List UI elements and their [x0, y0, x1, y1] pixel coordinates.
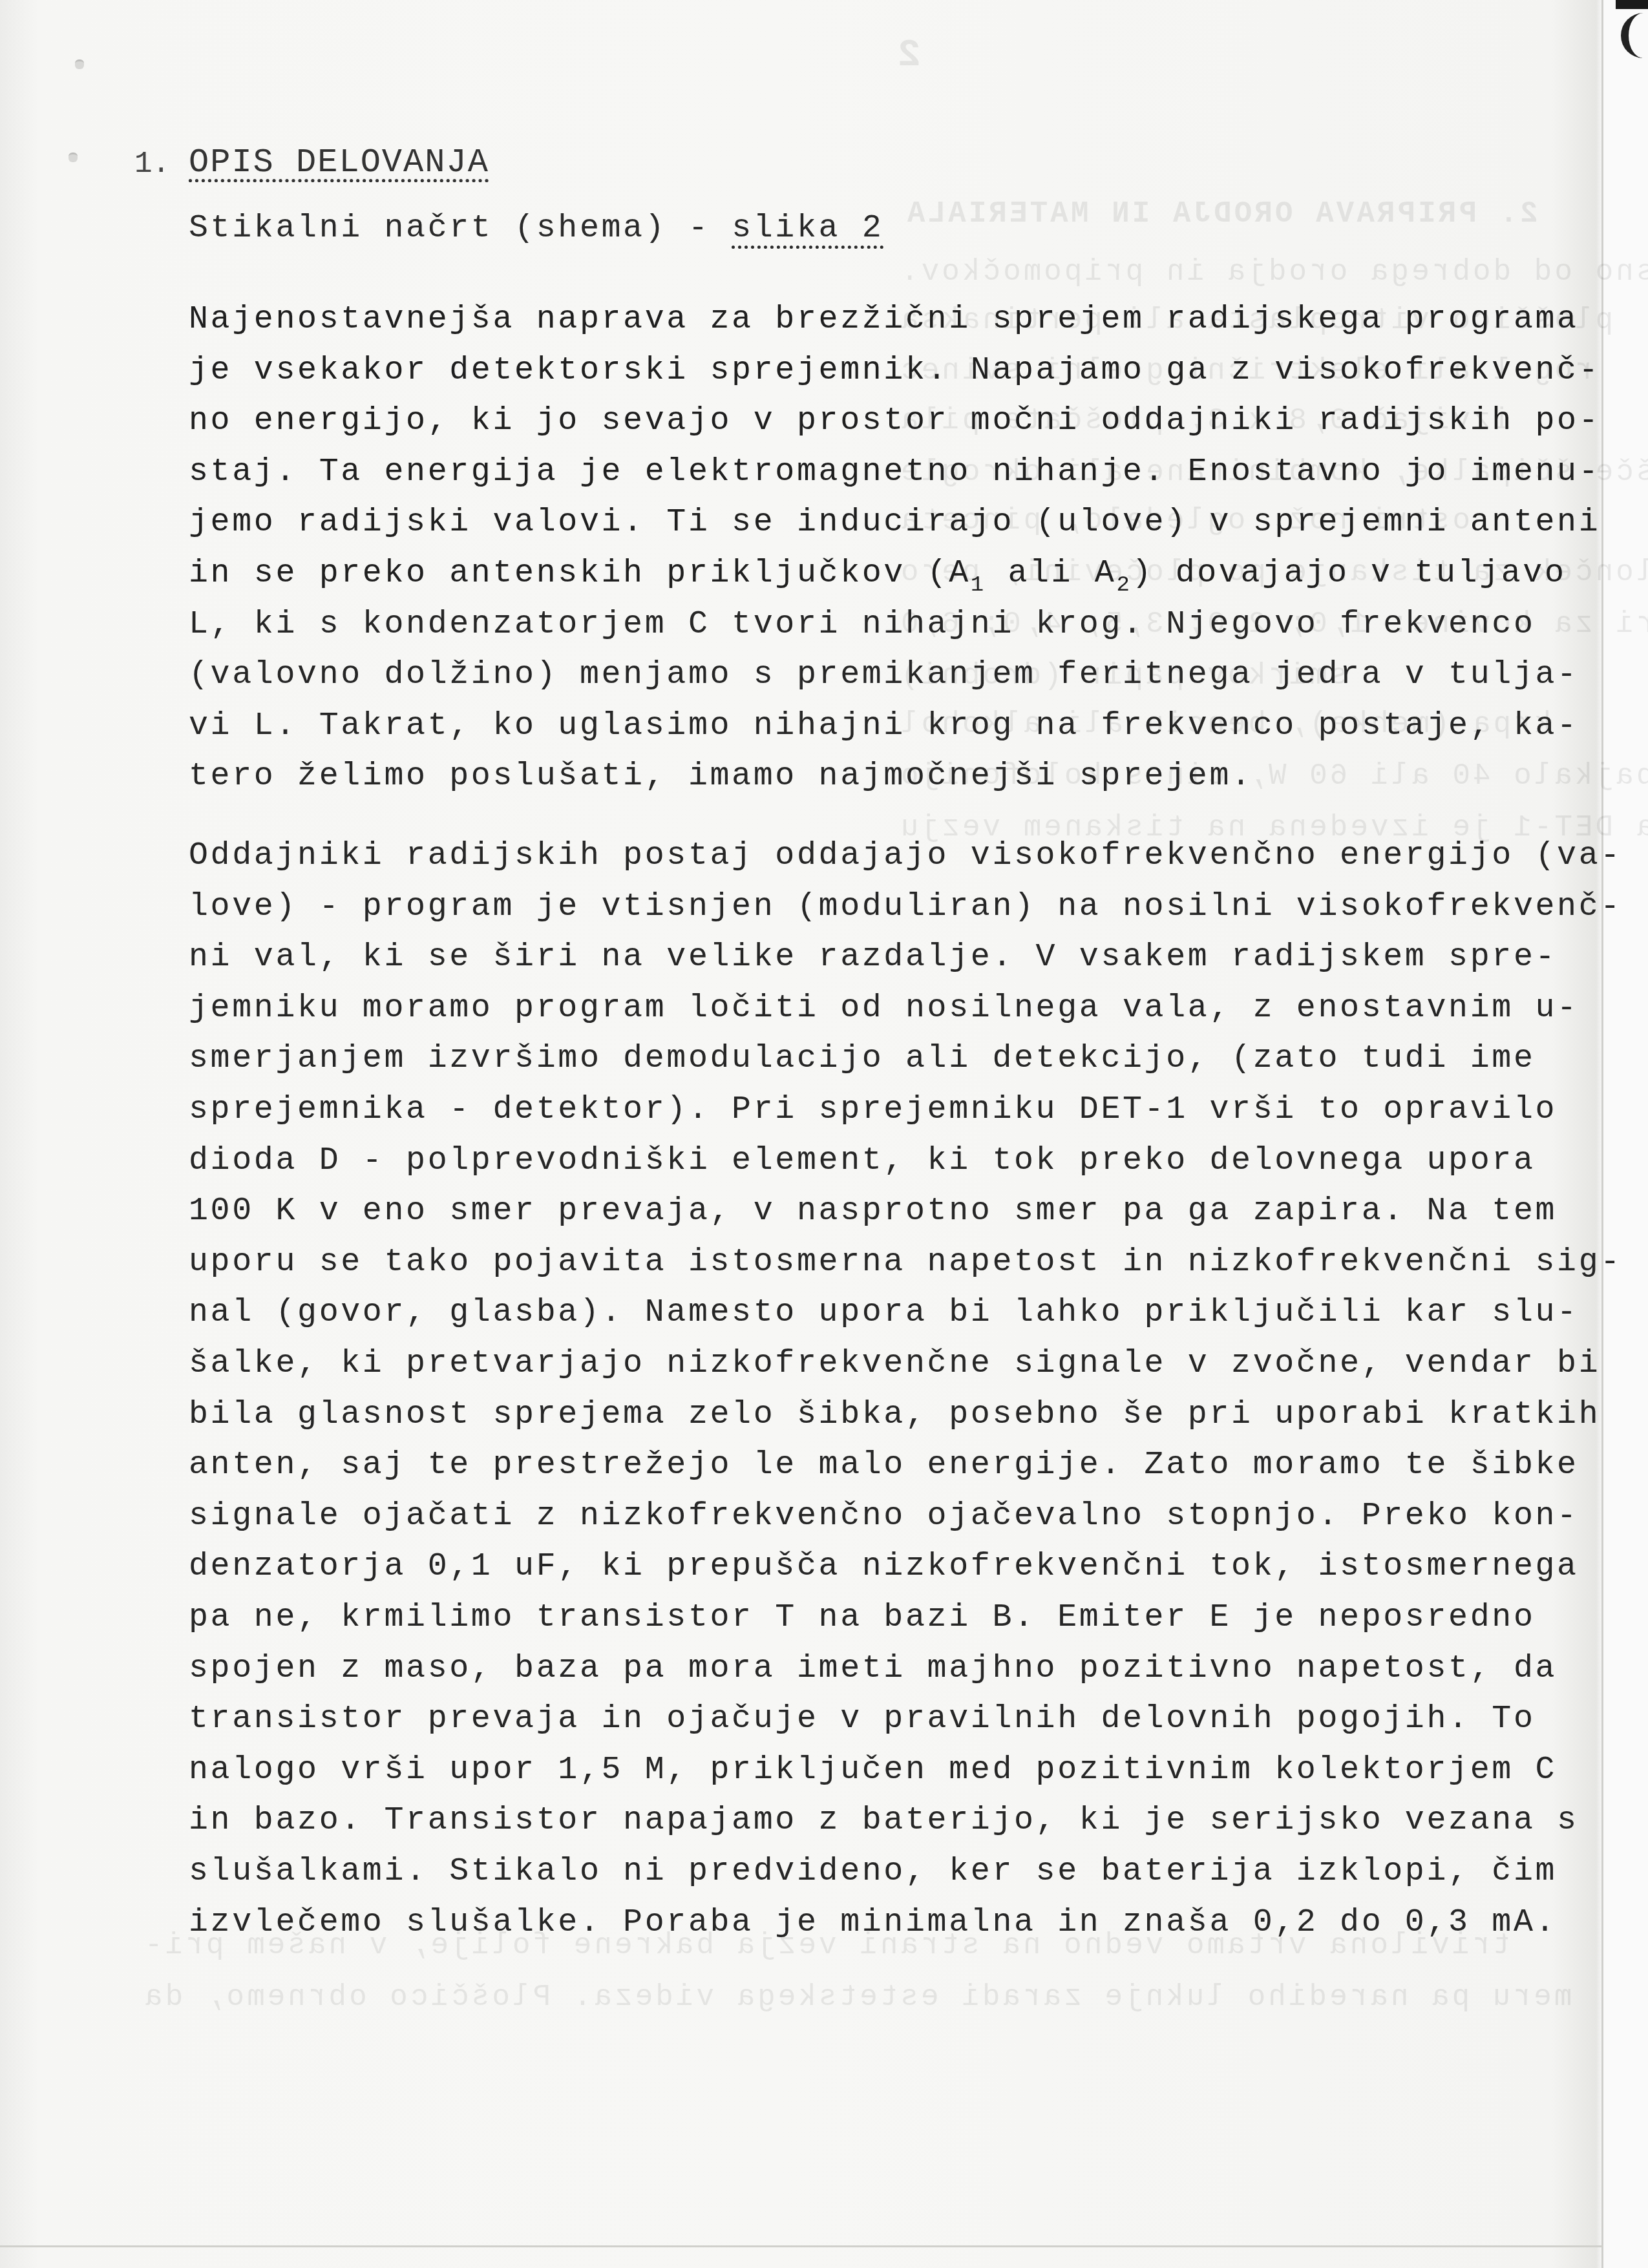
text-line: Najenostavnejša naprava za brezžični spr… [189, 304, 1579, 336]
text-segment: in se preko antenskih priključkov (A [189, 555, 971, 592]
text-line: Oddajniki radijskih postaj oddajajo viso… [189, 840, 1622, 872]
text-line: ni val, ki se širi na velike razdalje. V… [189, 941, 1557, 974]
text-line: spojen z maso, baza pa mora imeti majhno… [189, 1653, 1557, 1685]
subtitle: Stikalni načrt (shema) - slika 2 [189, 210, 883, 247]
text-line: love) - program je vtisnjen (moduliran) … [189, 891, 1622, 923]
text-line: uporu se tako pojavita istosmerna napeto… [189, 1246, 1622, 1279]
text-line: jemniku moramo program ločiti od nosilne… [189, 992, 1579, 1025]
text-line: nalogo vrši upor 1,5 M, priključen med p… [189, 1754, 1557, 1787]
text-line: pa ne, krmilimo transistor T na bazi B. … [189, 1602, 1536, 1634]
text-line: (valovno dolžino) menjamo s premikanjem … [189, 659, 1579, 691]
text-line: staj. Ta energija je elektromagnetno nih… [189, 456, 1600, 488]
punch-hole-mark [69, 152, 78, 162]
text-line: smerjanjem izvršimo demodulacijo ali det… [189, 1043, 1536, 1075]
ghost-line: Usmerjradnje je vedno odvisno od dobrega… [898, 255, 1648, 289]
section-title: OPIS DELOVANJA [189, 143, 489, 182]
text-line: 100 K v eno smer prevaja, v nasprotno sm… [189, 1195, 1557, 1228]
text-line: denzatorja 0,1 uF, ki prepušča nizkofrek… [189, 1551, 1579, 1583]
text-line: in se preko antenskih priključkov (A1 al… [189, 558, 1567, 596]
text-line: anten, saj te prestrežejo le malo energi… [189, 1449, 1579, 1482]
punch-hole-mark [75, 59, 84, 69]
text-line: izvlečemo slušalke. Poraba je minimalna … [189, 1907, 1557, 1939]
text-line: jemo radijski valovi. Ti se inducirajo (… [189, 507, 1600, 539]
section-number: 1. [134, 147, 170, 181]
subtitle-text: Stikalni načrt (shema) - [189, 210, 732, 247]
ghost-heading: 2. PRIPRAVA ORODJA IN MATERIALA [905, 197, 1538, 231]
text-line: slušalkami. Stikalo ni predvideno, ker s… [189, 1856, 1557, 1888]
text-segment: ali A [986, 555, 1117, 592]
subscript: 1 [971, 573, 986, 598]
text-line: tero želimo poslušati, imamo najmočnejši… [189, 761, 1253, 793]
text-line: dioda D - polprevodniški element, ki tok… [189, 1145, 1536, 1177]
scan-corner-mark [1616, 0, 1648, 9]
text-segment: ) dovajajo v tuljavo [1132, 555, 1566, 592]
scan-edge [1601, 0, 1648, 2268]
text-line: no energijo, ki jo sevajo v prostor močn… [189, 405, 1600, 437]
text-line: in bazo. Transistor napajamo z baterijo,… [189, 1805, 1579, 1837]
text-line: sprejemnika - detektor). Pri sprejemniku… [189, 1094, 1557, 1126]
text-line: bila glasnost sprejema zelo šibka, poseb… [189, 1399, 1600, 1431]
figure-reference: slika 2 [732, 210, 883, 247]
text-line: signale ojačati z nizkofrekvenčno ojačev… [189, 1500, 1579, 1533]
ghost-line: meru pa narediho luknje zaradi estetskeg… [142, 1980, 1572, 2014]
text-line: L, ki s kondenzatorjem C tvori nihajni k… [189, 609, 1536, 641]
ghost-page-number: 2 [895, 34, 921, 78]
text-line: vi L. Takrat, ko uglasimo nihajni krog n… [189, 710, 1579, 742]
subscript: 2 [1116, 573, 1132, 598]
text-line: je vsekakor detektorski sprejemnik. Napa… [189, 355, 1600, 387]
page-bottom-edge [0, 2245, 1603, 2247]
text-line: šalke, ki pretvarjajo nizkofrekvenčne si… [189, 1348, 1600, 1380]
text-line: nal (govor, glasba). Namesto upora bi la… [189, 1297, 1579, 1329]
text-line: transistor prevaja in ojačuje v pravilni… [189, 1703, 1536, 1736]
